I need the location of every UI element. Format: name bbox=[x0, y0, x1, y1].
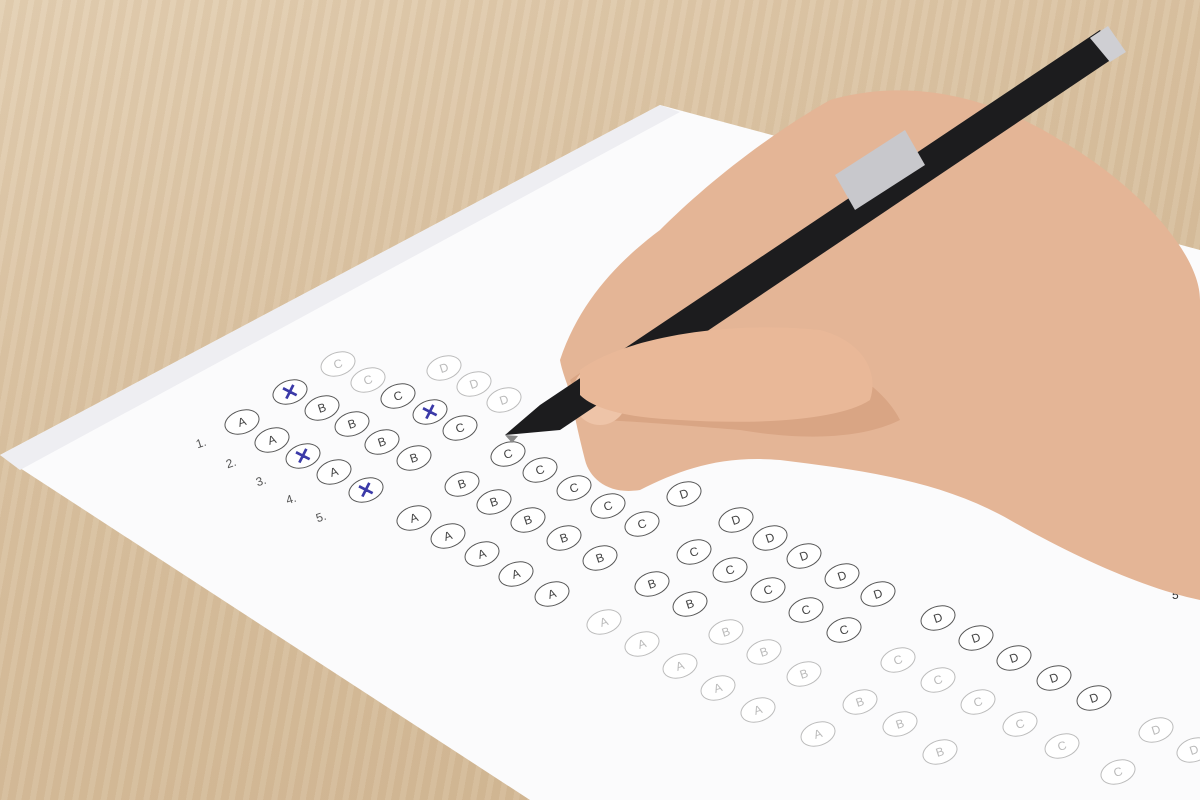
hand-with-pen bbox=[0, 0, 1200, 800]
